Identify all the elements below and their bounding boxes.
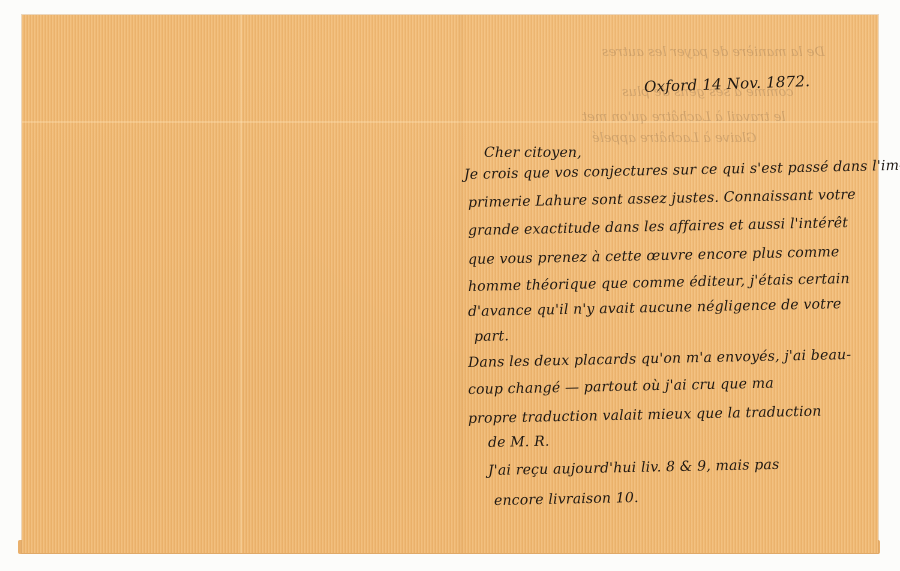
letter-line: part. <box>474 328 509 345</box>
letter-line: d'avance qu'il n'y avait aucune négligen… <box>468 296 842 320</box>
letter-line: Je crois que vos conjectures sur ce qui … <box>464 158 900 183</box>
letter-line: J'ai reçu aujourd'hui liv. 8 & 9, mais p… <box>488 457 780 479</box>
letter-line: homme théorique que comme éditeur, j'éta… <box>468 271 850 295</box>
letter-line: que vous prenez à cette œuvre encore plu… <box>468 244 840 268</box>
letter-line: Dans les deux placards qu'on m'a envoyés… <box>468 347 852 371</box>
letter-line: propre traduction valait mieux que la tr… <box>468 404 822 427</box>
letter-line: coup changé — partout où j'ai cru que ma <box>468 376 774 398</box>
letter-line: primerie Lahure sont assez justes. Conna… <box>468 187 856 211</box>
scanned-letter: De la manière de payer les autres comme … <box>0 0 900 571</box>
letter-line: encore livraison 10. <box>494 490 639 509</box>
bleed-through-line: De la manière de payer les autres <box>602 45 825 60</box>
letter-line: grande exactitude dans les affaires et a… <box>468 215 848 239</box>
fold-crease-vertical <box>240 15 242 553</box>
bleed-through-line: le travail à Lachâtre qu'on met <box>582 110 786 125</box>
letter-line: de M. R. <box>488 434 550 451</box>
letter-paper: De la manière de payer les autres comme … <box>22 15 878 553</box>
bleed-through-line: Glaive à Lachâtre appelé <box>592 131 757 146</box>
page-gutter <box>457 15 465 553</box>
letter-salutation: Cher citoyen, <box>484 145 582 161</box>
